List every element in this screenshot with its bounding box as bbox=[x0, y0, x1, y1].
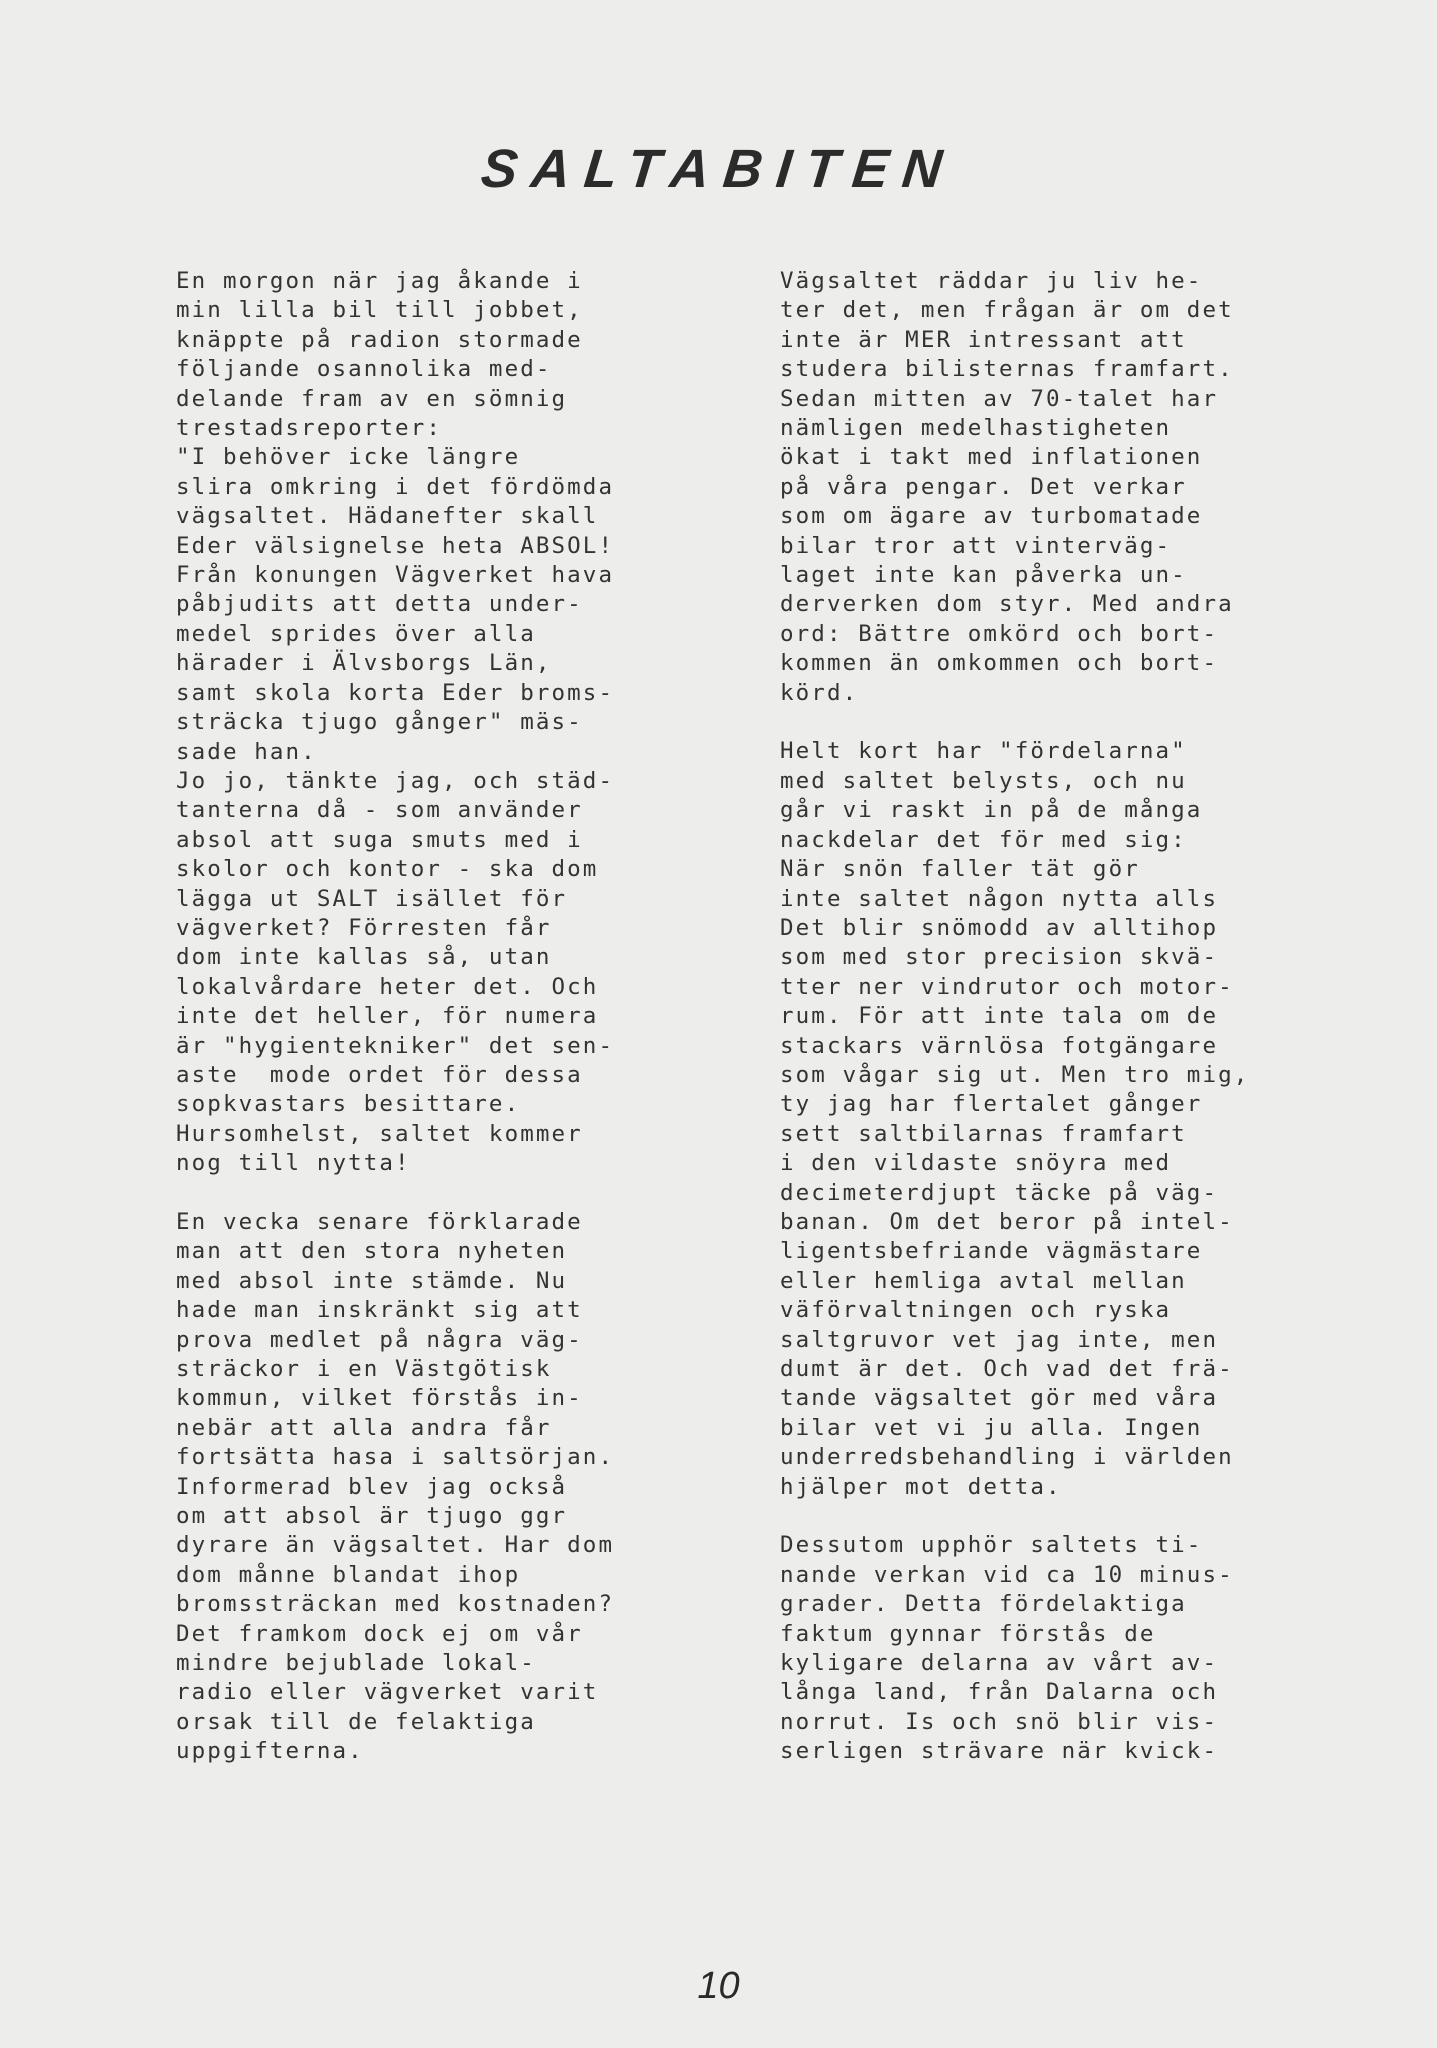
text-line: prova medlet på några väg- bbox=[176, 1326, 696, 1355]
text-line: Det blir snömodd av alltihop bbox=[780, 914, 1340, 943]
text-line: underredsbehandling i världen bbox=[780, 1443, 1340, 1472]
text-line: dom inte kallas så, utan bbox=[176, 943, 696, 972]
text-line: väförvaltningen och ryska bbox=[780, 1296, 1340, 1325]
paragraph: Helt kort har "fördelarna"med saltet bel… bbox=[780, 737, 1340, 1502]
text-line: lägga ut SALT isället för bbox=[176, 885, 696, 914]
text-line: tanterna då - som använder bbox=[176, 796, 696, 825]
text-line: dumt är det. Och vad det frä- bbox=[780, 1355, 1340, 1384]
text-line: Sedan mitten av 70-talet har bbox=[780, 385, 1340, 414]
text-line: bilar vet vi ju alla. Ingen bbox=[780, 1414, 1340, 1443]
text-line: nog till nytta! bbox=[176, 1149, 696, 1178]
text-line: sträcka tjugo gånger" mäs- bbox=[176, 708, 696, 737]
text-line: tter ner vindrutor och motor- bbox=[780, 973, 1340, 1002]
text-line: En morgon när jag åkande i bbox=[176, 267, 696, 296]
text-line: ter det, men frågan är om det bbox=[780, 296, 1340, 325]
text-line: inte det heller, för numera bbox=[176, 1002, 696, 1031]
text-line: stackars värnlösa fotgängare bbox=[780, 1032, 1340, 1061]
text-line: ord: Bättre omkörd och bort- bbox=[780, 620, 1340, 649]
text-line: med saltet belysts, och nu bbox=[780, 767, 1340, 796]
text-line: om att absol är tjugo ggr bbox=[176, 1502, 696, 1531]
text-line: delande fram av en sömnig bbox=[176, 385, 696, 414]
text-line: hjälper mot detta. bbox=[780, 1473, 1340, 1502]
text-line: "I behöver icke längre bbox=[176, 443, 696, 472]
text-line: orsak till de felaktiga bbox=[176, 1708, 696, 1737]
text-line: man att den stora nyheten bbox=[176, 1237, 696, 1266]
text-line: Vägsaltet räddar ju liv he- bbox=[780, 267, 1340, 296]
text-line: kommen än omkommen och bort- bbox=[780, 649, 1340, 678]
text-line: Det framkom dock ej om vår bbox=[176, 1620, 696, 1649]
text-line: uppgifterna. bbox=[176, 1737, 696, 1766]
right-column: Vägsaltet räddar ju liv he-ter det, men … bbox=[780, 267, 1340, 1796]
text-line: inte är MER intressant att bbox=[780, 326, 1340, 355]
text-line: fortsätta hasa i saltsörjan. bbox=[176, 1443, 696, 1472]
paragraph: Vägsaltet räddar ju liv he-ter det, men … bbox=[780, 267, 1340, 708]
text-line: serligen strävare när kvick- bbox=[780, 1737, 1340, 1766]
text-line: absol att suga smuts med i bbox=[176, 826, 696, 855]
text-line: samt skola korta Eder broms- bbox=[176, 679, 696, 708]
text-line: på våra pengar. Det verkar bbox=[780, 473, 1340, 502]
text-line: nebär att alla andra får bbox=[176, 1414, 696, 1443]
text-line: följande osannolika med- bbox=[176, 355, 696, 384]
text-line: nackdelar det för med sig: bbox=[780, 826, 1340, 855]
paragraph: En morgon när jag åkande imin lilla bil … bbox=[176, 267, 696, 1179]
text-line: tande vägsaltet gör med våra bbox=[780, 1384, 1340, 1413]
text-line: laget inte kan påverka un- bbox=[780, 561, 1340, 590]
text-line: eller hemliga avtal mellan bbox=[780, 1267, 1340, 1296]
text-line: aste mode ordet för dessa bbox=[176, 1061, 696, 1090]
text-line: sade han. bbox=[176, 738, 696, 767]
text-line: med absol inte stämde. Nu bbox=[176, 1267, 696, 1296]
text-line: grader. Detta fördelaktiga bbox=[780, 1590, 1340, 1619]
text-line: min lilla bil till jobbet, bbox=[176, 296, 696, 325]
text-line: som om ägare av turbomatade bbox=[780, 502, 1340, 531]
text-line: Från konungen Vägverket hava bbox=[176, 561, 696, 590]
text-line: är "hygientekniker" det sen- bbox=[176, 1032, 696, 1061]
text-line: derverken dom styr. Med andra bbox=[780, 590, 1340, 619]
text-line: Helt kort har "fördelarna" bbox=[780, 737, 1340, 766]
text-line: påbjudits att detta under- bbox=[176, 590, 696, 619]
text-line: slira omkring i det fördömda bbox=[176, 473, 696, 502]
text-line: hade man inskränkt sig att bbox=[176, 1296, 696, 1325]
text-line: ligentsbefriande vägmästare bbox=[780, 1237, 1340, 1266]
text-line: decimeterdjupt täcke på väg- bbox=[780, 1179, 1340, 1208]
text-line: studera bilisternas framfart. bbox=[780, 355, 1340, 384]
text-line: bilar tror att vinterväg- bbox=[780, 532, 1340, 561]
text-line: norrut. Is och snö blir vis- bbox=[780, 1708, 1340, 1737]
text-line: banan. Om det beror på intel- bbox=[780, 1208, 1340, 1237]
text-line: Informerad blev jag också bbox=[176, 1473, 696, 1502]
text-line: ty jag har flertalet gånger bbox=[780, 1090, 1340, 1119]
text-line: rum. För att inte tala om de bbox=[780, 1002, 1340, 1031]
text-line: Jo jo, tänkte jag, och städ- bbox=[176, 767, 696, 796]
text-line: sopkvastars besittare. bbox=[176, 1090, 696, 1119]
text-line: i den vildaste snöyra med bbox=[780, 1149, 1340, 1178]
page-number: 10 bbox=[0, 1965, 1437, 2008]
text-line: faktum gynnar förstås de bbox=[780, 1620, 1340, 1649]
text-line: trestadsreporter: bbox=[176, 414, 696, 443]
text-line: vägsaltet. Hädanefter skall bbox=[176, 502, 696, 531]
text-line: nämligen medelhastigheten bbox=[780, 414, 1340, 443]
paragraph: En vecka senare förklarademan att den st… bbox=[176, 1208, 696, 1767]
text-line: bromssträckan med kostnaden? bbox=[176, 1590, 696, 1619]
text-line: sträckor i en Västgötisk bbox=[176, 1355, 696, 1384]
left-column: En morgon när jag åkande imin lilla bil … bbox=[176, 267, 696, 1796]
text-line: mindre bejublade lokal- bbox=[176, 1649, 696, 1678]
text-line: kyligare delarna av vårt av- bbox=[780, 1649, 1340, 1678]
paragraph: Dessutom upphör saltets ti-nande verkan … bbox=[780, 1531, 1340, 1766]
text-line: ökat i takt med inflationen bbox=[780, 443, 1340, 472]
text-line: går vi raskt in på de många bbox=[780, 796, 1340, 825]
text-line: Eder välsignelse heta ABSOL! bbox=[176, 532, 696, 561]
article-title: SALTABITEN bbox=[0, 138, 1437, 200]
text-line: När snön faller tät gör bbox=[780, 855, 1340, 884]
text-line: skolor och kontor - ska dom bbox=[176, 855, 696, 884]
text-line: radio eller vägverket varit bbox=[176, 1678, 696, 1707]
text-line: långa land, från Dalarna och bbox=[780, 1678, 1340, 1707]
text-line: inte saltet någon nytta alls bbox=[780, 885, 1340, 914]
text-line: dyrare än vägsaltet. Har dom bbox=[176, 1531, 696, 1560]
text-line: som med stor precision skvä- bbox=[780, 943, 1340, 972]
text-line: härader i Älvsborgs Län, bbox=[176, 649, 696, 678]
text-line: Dessutom upphör saltets ti- bbox=[780, 1531, 1340, 1560]
text-line: sett saltbilarnas framfart bbox=[780, 1120, 1340, 1149]
text-line: nande verkan vid ca 10 minus- bbox=[780, 1561, 1340, 1590]
text-line: vägverket? Förresten får bbox=[176, 914, 696, 943]
text-line: medel sprides över alla bbox=[176, 620, 696, 649]
text-line: körd. bbox=[780, 679, 1340, 708]
text-line: lokalvårdare heter det. Och bbox=[176, 973, 696, 1002]
text-line: knäppte på radion stormade bbox=[176, 326, 696, 355]
text-line: kommun, vilket förstås in- bbox=[176, 1384, 696, 1413]
text-line: En vecka senare förklarade bbox=[176, 1208, 696, 1237]
text-line: dom månne blandat ihop bbox=[176, 1561, 696, 1590]
text-line: saltgruvor vet jag inte, men bbox=[780, 1326, 1340, 1355]
text-line: Hursomhelst, saltet kommer bbox=[176, 1120, 696, 1149]
text-line: som vågar sig ut. Men tro mig, bbox=[780, 1061, 1340, 1090]
